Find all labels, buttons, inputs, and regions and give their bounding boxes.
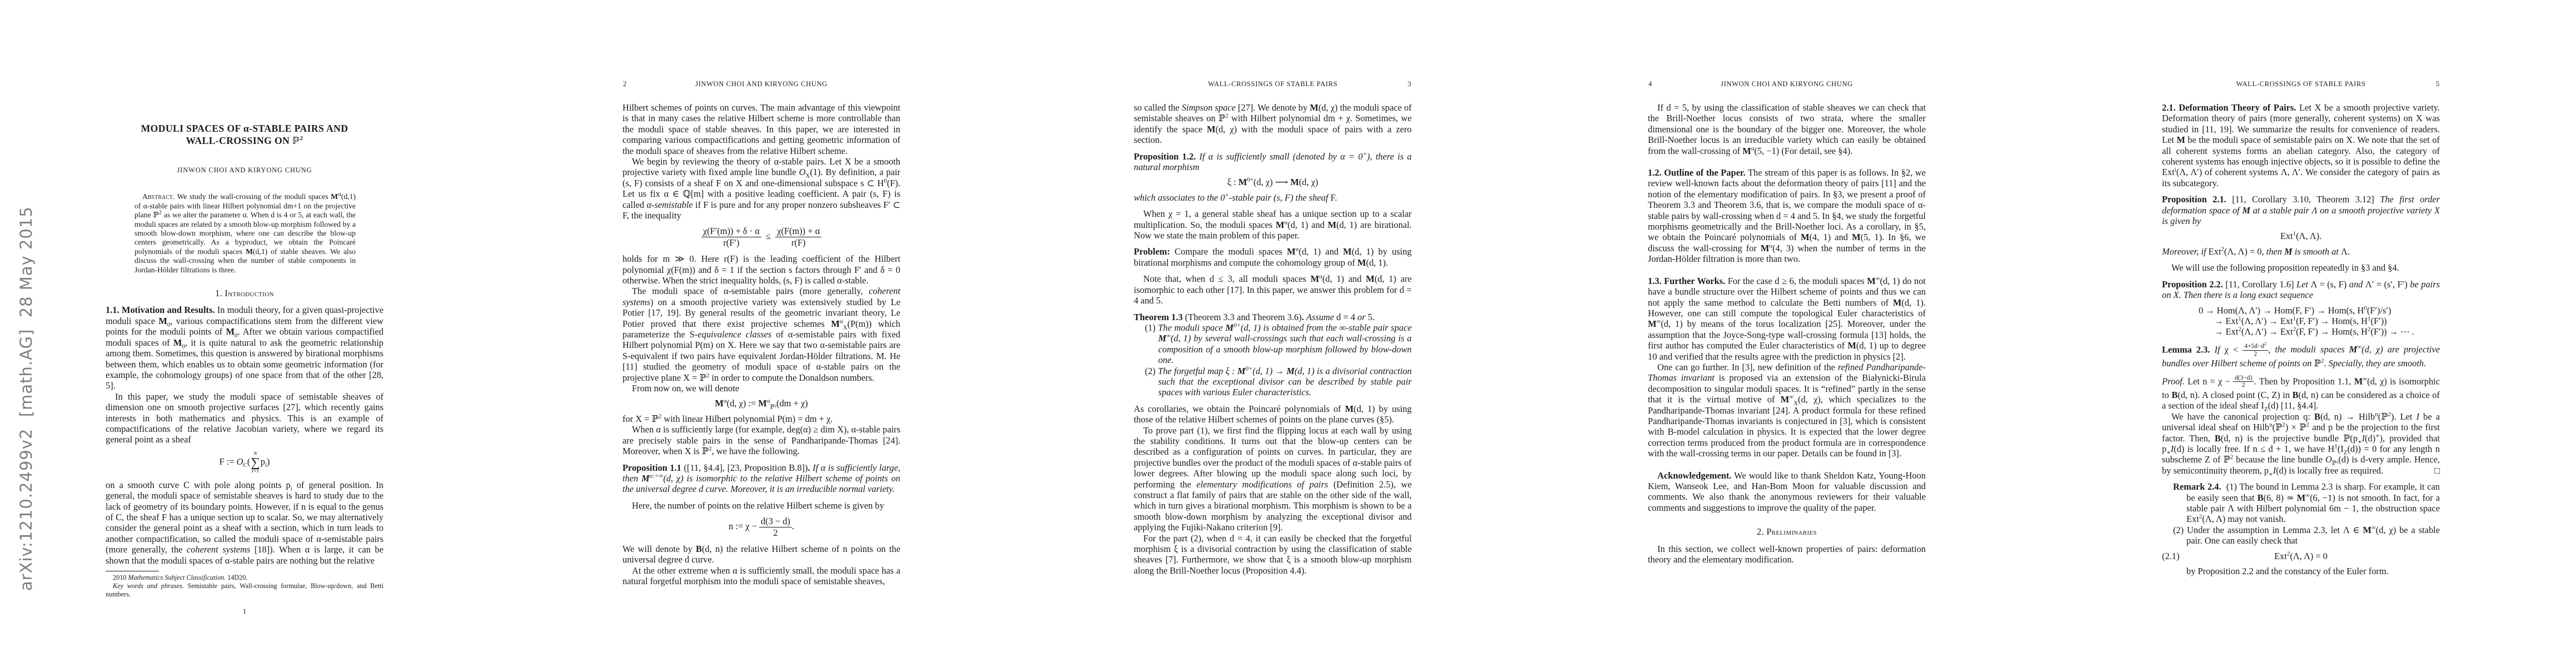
theorem-item-1: (1) The moduli space M0+(d, 1) is obtain… xyxy=(1158,322,1412,366)
paragraph: We begin by reviewing the theory of α-st… xyxy=(622,156,900,221)
paragraph: To prove part (1), we first find the fli… xyxy=(1134,425,1412,533)
remark-2-4: Remark 2.4. (1) The bound in Lemma 2.3 i… xyxy=(2162,481,2440,576)
proposition-1-2: Proposition 1.2. If α is sufficiently sm… xyxy=(1134,151,1412,203)
paragraph: 1.1. Motivation and Results. In moduli t… xyxy=(106,305,383,391)
display-equation: Ext1(Λ, Λ). xyxy=(2162,231,2440,241)
running-head-title: WALL-CROSSINGS OF STABLE PAIRS xyxy=(1208,80,1337,88)
paragraph: The moduli space of α-semistable pairs (… xyxy=(622,286,900,383)
page-number: 5 xyxy=(2436,79,2439,88)
paper-title: MODULI SPACES OF α-STABLE PAIRS ANDWALL-… xyxy=(106,123,383,147)
display-equation-2-1: (2.1) Ext2(Λ, Λ) = 0 xyxy=(2162,551,2440,561)
paragraph: We will denote by B(d, n) the relative H… xyxy=(622,544,900,565)
paragraph: In this paper, we study the moduli space… xyxy=(106,391,383,445)
running-head: WALL-CROSSINGS OF STABLE PAIRS 5 xyxy=(2162,79,2440,88)
proposition-text: Proposition 1.2. If α is sufficiently sm… xyxy=(1134,151,1412,173)
theorem-text: Theorem 1.3 (Theorem 3.3 and Theorem 3.6… xyxy=(1134,312,1412,322)
paragraph: In this section, we collect well-known p… xyxy=(1648,544,1926,565)
page-2: 2 JINWON CHOI AND KIRYONG CHUNG Hilbert … xyxy=(622,0,900,587)
paragraph-deformation-theory: 2.1. Deformation Theory of Pairs. Let X … xyxy=(2162,102,2440,188)
footnote-keywords: Key words and phrases. Semistable pairs,… xyxy=(106,582,383,599)
page-number: 4 xyxy=(1648,79,1652,88)
remark-closing: by Proposition 2.2 and the constancy of … xyxy=(2186,566,2440,576)
proof-paragraph: Proof. Let n = χ − d(3−d)2. Then by Prop… xyxy=(2162,375,2440,411)
paragraph: At the other extreme when α is sufficien… xyxy=(622,565,900,587)
paragraph: Hilbert schemes of points on curves. The… xyxy=(622,102,900,156)
equation-line: → Ext1(Λ, Λ′) → Ext1(F, F′) → Hom(s, H1(… xyxy=(2214,316,2440,326)
arxiv-stamp: arXiv:1210.2499v2 [math.AG] 28 May 2015 xyxy=(17,146,36,591)
proof-block: Proof. Let n = χ − d(3−d)2. Then by Prop… xyxy=(2162,375,2440,476)
problem-statement: Problem: Compare the moduli spaces Mα(d,… xyxy=(1134,246,1412,268)
proof-paragraph: We have the canonical projection q: B(d,… xyxy=(2162,411,2440,476)
footnote-msc: 2010 Mathematics Subject Classification.… xyxy=(106,574,383,582)
page-number: 2 xyxy=(623,79,626,88)
running-head: WALL-CROSSINGS OF STABLE PAIRS 3 xyxy=(1134,79,1412,88)
page-3: WALL-CROSSINGS OF STABLE PAIRS 3 so call… xyxy=(1134,0,1412,576)
running-head-title: JINWON CHOI AND KIRYONG CHUNG xyxy=(695,80,828,88)
paper-authors: JINWON CHOI AND KIRYONG CHUNG xyxy=(106,165,383,176)
paragraph: If d = 5, by using the classification of… xyxy=(1648,102,1926,156)
remark-item-2: (2) Under the assumption in Lemma 2.3, l… xyxy=(2186,525,2440,546)
page-number: 3 xyxy=(1408,79,1411,88)
display-equation: Mα(d, χ) := Mαℙ²(dm + χ) xyxy=(622,398,900,409)
paragraph-outline: 1.2. Outline of the Paper. The stream of… xyxy=(1648,167,1926,265)
proposition-text: Proposition 2.1. [11, Corollary 3.10, Th… xyxy=(2162,194,2440,226)
paragraph: so called the Simpson space [27]. We den… xyxy=(1134,102,1412,146)
display-equation: n := χ − d(3 − d)2. xyxy=(622,516,900,538)
proposition-1-1: Proposition 1.1 ([11, §4.4], [23, Propos… xyxy=(622,462,900,495)
paragraph: When α is sufficiently large (for exampl… xyxy=(622,424,900,456)
proposition-2-2: Proposition 2.2. [11, Corollary 1.6] Let… xyxy=(2162,279,2440,337)
paragraph: One can go further. In [3], new definiti… xyxy=(1648,362,1926,459)
lemma-2-3: Lemma 2.3. If χ < 4+5d−d22, the moduli s… xyxy=(2162,343,2440,369)
theorem-item-2: (2) The forgetful map ξ : M0+(d, 1) → M(… xyxy=(1158,366,1412,398)
running-head-title: JINWON CHOI AND KIRYONG CHUNG xyxy=(1721,80,1853,88)
section-heading-introduction: 1. Introduction xyxy=(106,288,383,298)
page-4: 4 JINWON CHOI AND KIRYONG CHUNG If d = 5… xyxy=(1648,0,1926,565)
remark-item-1: Remark 2.4. (1) The bound in Lemma 2.3 i… xyxy=(2186,481,2440,525)
paragraph: for X = ℙ2 with linear Hilbert polynomia… xyxy=(622,414,900,424)
running-head: 4 JINWON CHOI AND KIRYONG CHUNG xyxy=(1648,79,1926,88)
page-number: 1 xyxy=(106,606,383,616)
proposition-text: which associates to the 0+-stable pair (… xyxy=(1134,192,1412,203)
section-heading-preliminaries: 2. Preliminaries xyxy=(1648,526,1926,537)
paragraph: For the part (2), when d = 4, it can eas… xyxy=(1134,533,1412,576)
display-equation: ξ : M0+(d, χ) ⟶ M(d, χ) xyxy=(1134,177,1412,187)
proposition-text: Proposition 2.2. [11, Corollary 1.6] Let… xyxy=(2162,279,2440,301)
equation-line: → Ext2(Λ, Λ′) → Ext2(F, F′) → Hom(s, H2(… xyxy=(2214,326,2440,337)
proposition-2-1: Proposition 2.1. [11, Corollary 3.10, Th… xyxy=(2162,194,2440,257)
paragraph: From now on, we will denote xyxy=(622,383,900,394)
equation-tag: (2.1) xyxy=(2162,551,2179,561)
running-head-title: WALL-CROSSINGS OF STABLE PAIRS xyxy=(2236,80,2365,88)
display-equation: F := OC(n∑i=1pi) xyxy=(106,451,383,474)
equation-body: Ext2(Λ, Λ) = 0 xyxy=(2274,551,2328,561)
display-equation-sequence: 0 → Hom(Λ, Λ′) → Hom(F, F′) → Hom(s, H0(… xyxy=(2199,305,2440,337)
footnote-block: 2010 Mathematics Subject Classification.… xyxy=(106,571,383,599)
abstract: Abstract. We study the wall-crossing of … xyxy=(134,192,356,275)
paragraph: As corollaries, we obtain the Poincaré p… xyxy=(1134,404,1412,425)
paragraph-further-works: 1.3. Further Works. For the case d ≥ 6, … xyxy=(1648,276,1926,362)
page-1: MODULI SPACES OF α-STABLE PAIRS ANDWALL-… xyxy=(106,0,383,616)
equation-line: 0 → Hom(Λ, Λ′) → Hom(F, F′) → Hom(s, H0(… xyxy=(2199,305,2440,316)
proposition-text: Moreover, if Ext2(Λ, Λ) = 0, then M is s… xyxy=(2162,246,2440,257)
paragraph: We will use the following proposition re… xyxy=(2162,262,2440,273)
paragraph: on a smooth curve C with pole along poin… xyxy=(106,480,383,566)
paragraph: Here, the number of points on the relati… xyxy=(622,500,900,511)
page-5: WALL-CROSSINGS OF STABLE PAIRS 5 2.1. De… xyxy=(2162,0,2440,583)
paragraph: When χ = 1, a general stable sheaf has a… xyxy=(1134,208,1412,241)
paper-spread-canvas: arXiv:1210.2499v2 [math.AG] 28 May 2015 … xyxy=(0,0,2576,667)
display-equation: χ(F′(m)) + δ · αr(F′) ≤ χ(F(m)) + αr(F) xyxy=(622,226,900,248)
running-head: 2 JINWON CHOI AND KIRYONG CHUNG xyxy=(622,79,900,88)
paragraph-acknowledgement: Acknowledgement. We would like to thank … xyxy=(1648,470,1926,514)
theorem-1-3: Theorem 1.3 (Theorem 3.3 and Theorem 3.6… xyxy=(1134,312,1412,398)
paragraph: Note that, when d ≤ 3, all moduli spaces… xyxy=(1134,273,1412,306)
paragraph: holds for m ≫ 0. Here r(F) is the leadin… xyxy=(622,253,900,286)
